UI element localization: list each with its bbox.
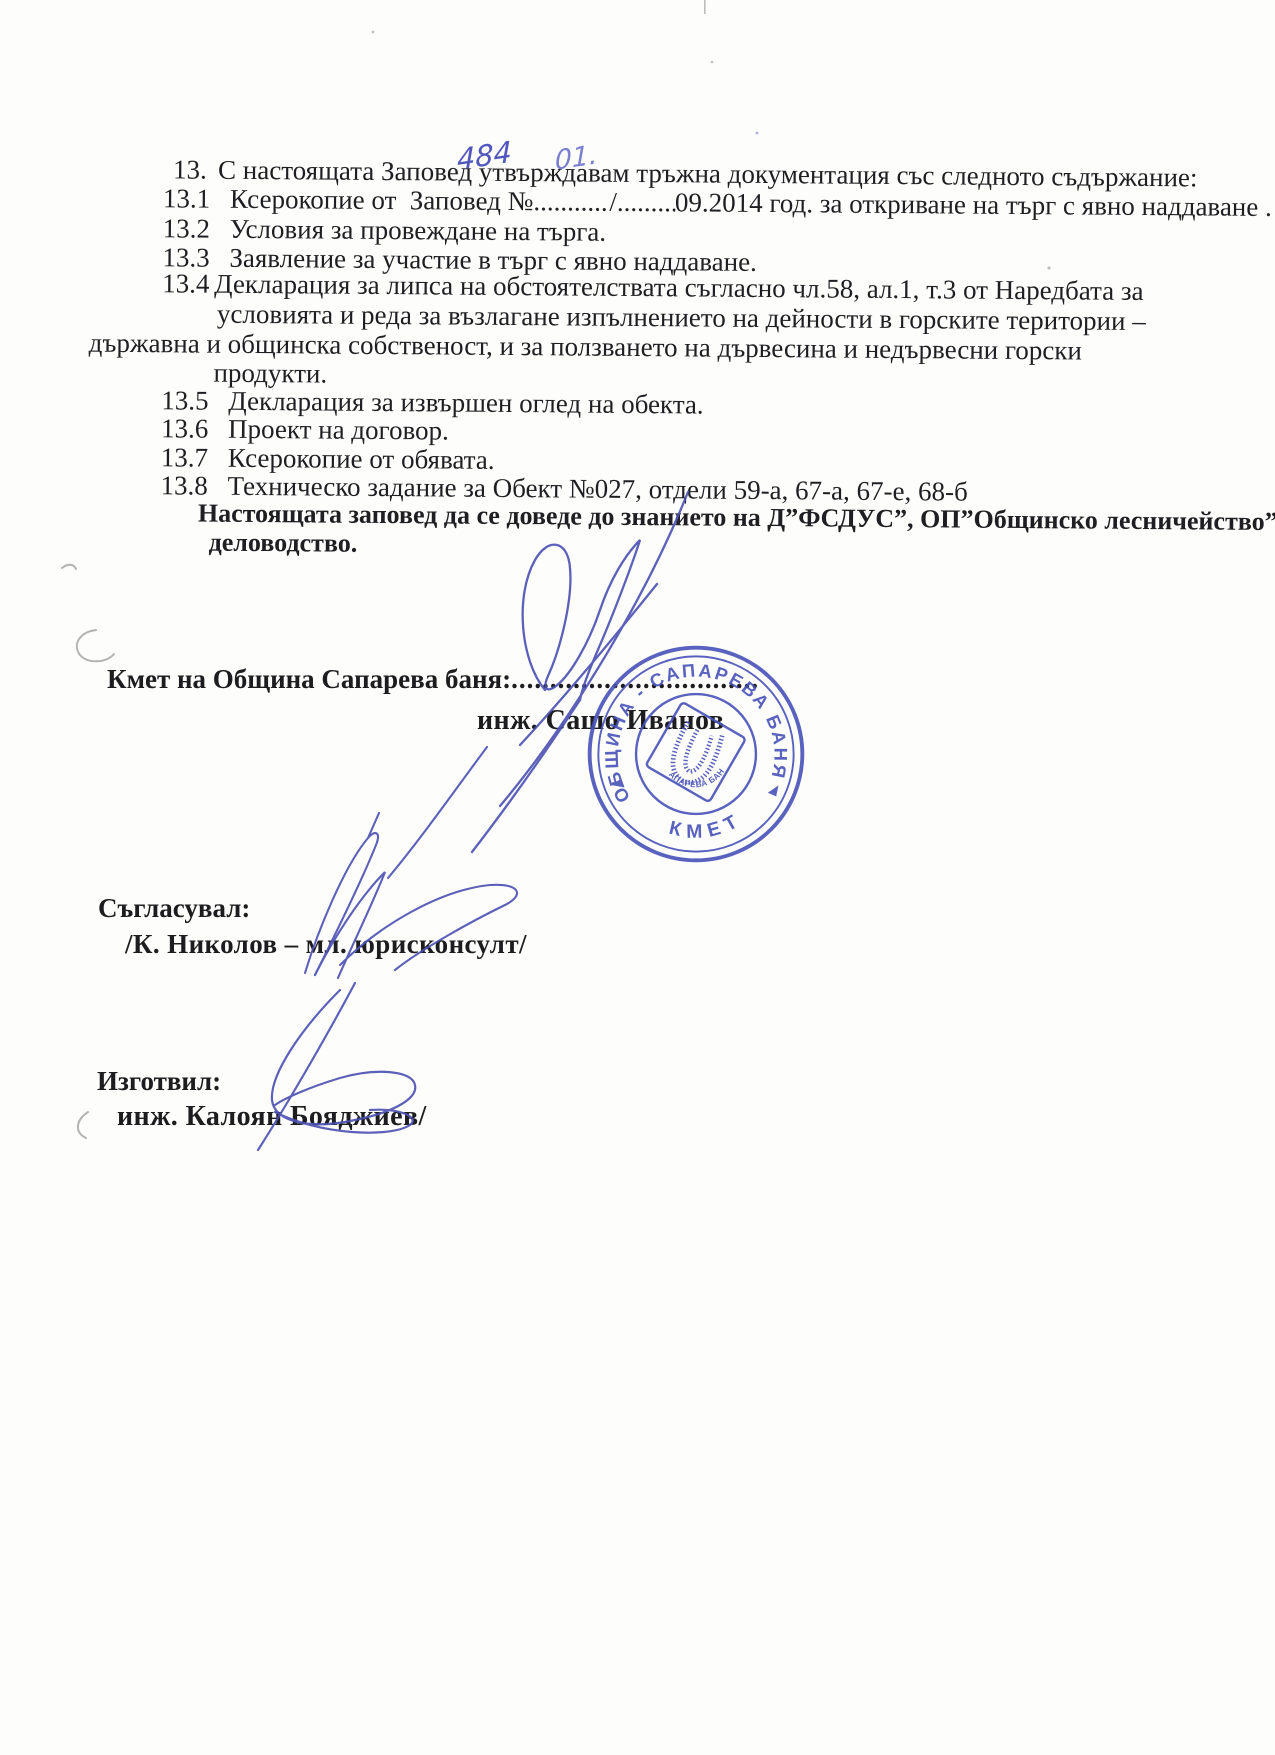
stamp-right-diamond-icon (767, 785, 780, 797)
pencil-mark (62, 565, 114, 1138)
scanned-document-page: 13.С настоящата Заповед утвърждавам тръж… (0, 0, 1275, 1755)
official-round-stamp: ОБЩИНА - САПАРЕВА БАНЯ КМЕТ САПАРЕВА БАН… (580, 638, 812, 870)
agreed-name: /К. Николов – мл. юрисконсулт/ (125, 929, 527, 960)
list-item-text: 09.2014 год. за откриване на търг с явно… (675, 187, 1272, 222)
handwritten-month: 01. (555, 139, 598, 177)
agreed-label: Съгласувал: (98, 893, 250, 924)
handwritten-order-number: 484 (457, 135, 512, 178)
order-item-list: 13.С настоящата Заповед утвърждавам тръж… (0, 0, 1275, 569)
prepared-name: инж. Калоян Бояджиев/ (117, 1101, 427, 1133)
closing-paragraph-line2: деловодство. (169, 497, 357, 588)
dotted-blank: ......... (617, 187, 675, 218)
prepared-label: Изготвил: (97, 1066, 221, 1097)
mayor-label: Кмет на Община Сапарева баня: (107, 664, 511, 694)
